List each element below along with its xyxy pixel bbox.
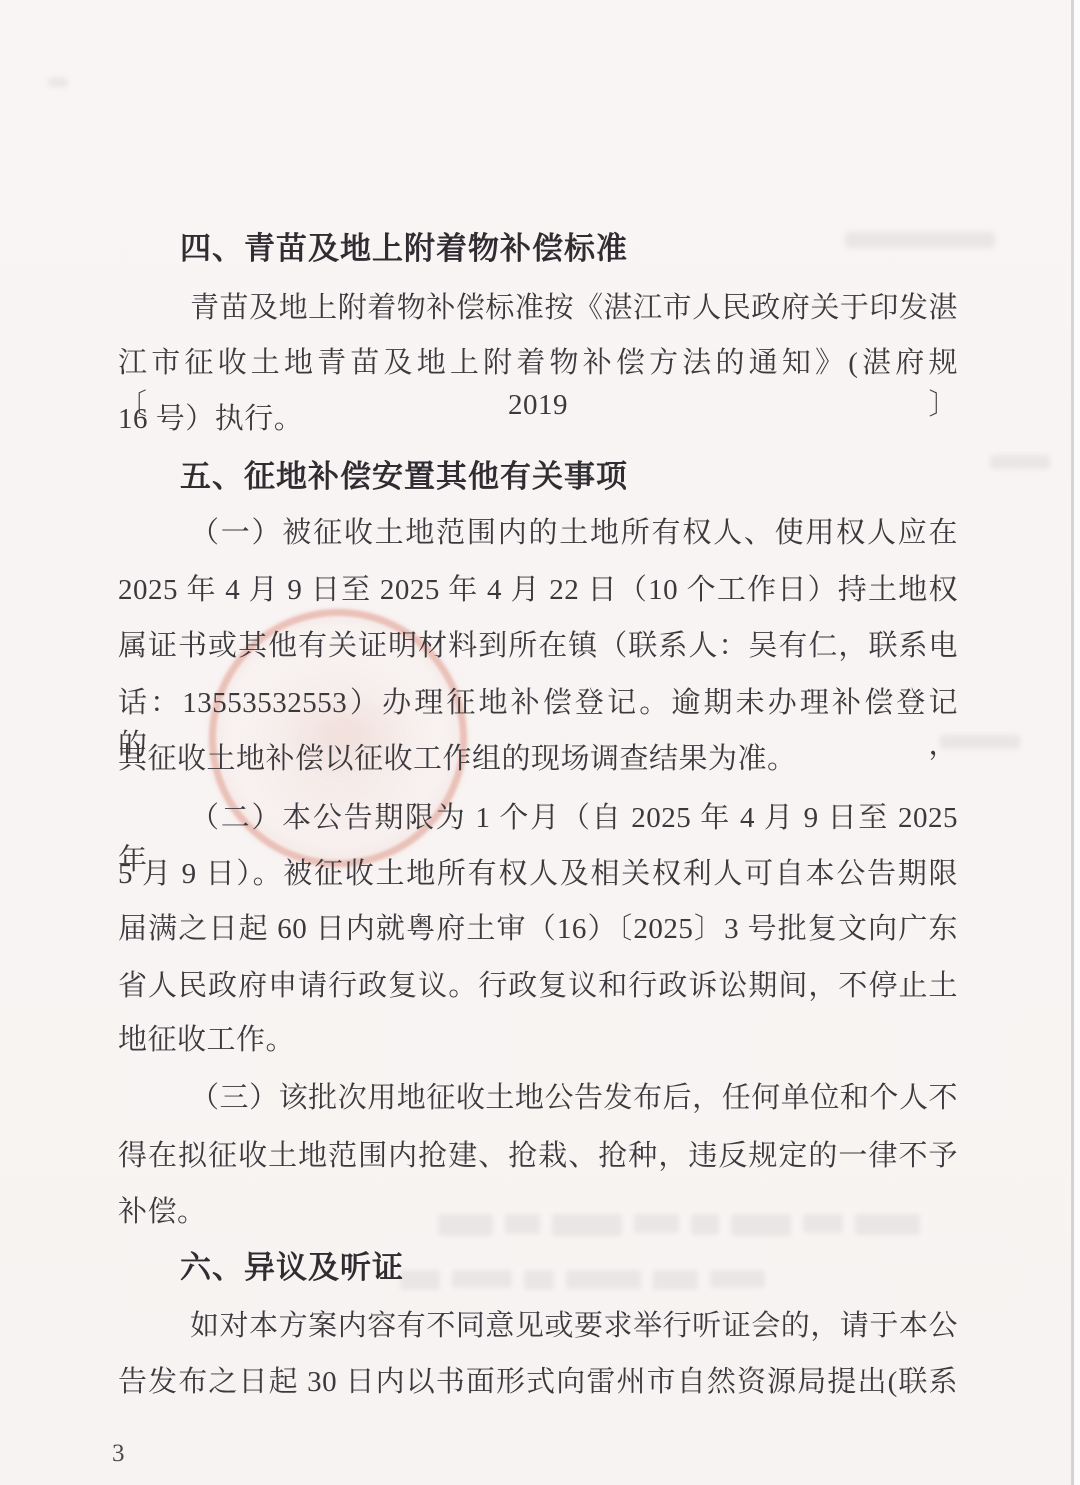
scan-margin	[1074, 0, 1080, 1485]
section-heading-6: 六、异议及听证	[180, 1247, 404, 1289]
page: 四、青苗及地上附着物补偿标准 青苗及地上附着物补偿标准按《湛江市人民政府关于印发…	[0, 0, 1080, 1485]
document-line: 地征收工作。	[118, 1019, 295, 1061]
bleed-through-artifact	[438, 1214, 920, 1236]
document-line: 省人民政府申请行政复议。行政复议和行政诉讼期间，不停止土	[118, 965, 958, 1007]
section-heading-5: 五、征地补偿安置其他有关事项	[180, 456, 628, 498]
document-line: 告发布之日起 30 日内以书面形式向雷州市自然资源局提出(联系	[118, 1361, 958, 1403]
document-line: 补偿。	[118, 1191, 207, 1233]
section-heading-4: 四、青苗及地上附着物补偿标准	[180, 228, 628, 270]
bleed-through-artifact	[990, 455, 1050, 469]
document-line: （二）本公告期限为 1 个月（自 2025 年 4 月 9 日至 2025 年	[118, 797, 958, 839]
bleed-through-artifact	[400, 1270, 765, 1290]
document-line: 如对本方案内容有不同意见或要求举行听证会的，请于本公	[118, 1305, 958, 1347]
document-line: 届满之日起 60 日内就粤府土审（16）〔2025〕3 号批复文向广东	[118, 908, 958, 950]
document-line: 话：13553532553）办理征地补偿登记。逾期未办理补偿登记的，	[118, 682, 958, 724]
bleed-through-artifact	[845, 232, 995, 248]
bleed-through-artifact	[940, 735, 1020, 749]
document-line: 得在拟征收土地范围内抢建、抢栽、抢种，违反规定的一律不予	[118, 1135, 958, 1177]
document-line: 江市征收土地青苗及地上附着物补偿方法的通知》(湛府规〔2019〕	[118, 342, 958, 384]
document-line: 属证书或其他有关证明材料到所在镇（联系人：吴有仁，联系电	[118, 625, 958, 667]
document-line: 2025 年 4 月 9 日至 2025 年 4 月 22 日（10 个工作日）…	[118, 569, 958, 611]
document-line: 青苗及地上附着物补偿标准按《湛江市人民政府关于印发湛	[118, 287, 958, 329]
document-line: 其征收土地补偿以征收工作组的现场调查结果为准。	[118, 738, 797, 780]
document-line: 16 号）执行。	[118, 398, 303, 440]
page-number: 3	[112, 1440, 125, 1468]
document-line: 5 月 9 日）。被征收土地所有权人及相关权利人可自本公告期限	[118, 853, 958, 895]
document-line: （三）该批次用地征收土地公告发布后，任何单位和个人不	[118, 1077, 958, 1119]
document-line: （一）被征收土地范围内的土地所有权人、使用权人应在	[118, 512, 958, 554]
bleed-through-artifact	[48, 78, 68, 87]
